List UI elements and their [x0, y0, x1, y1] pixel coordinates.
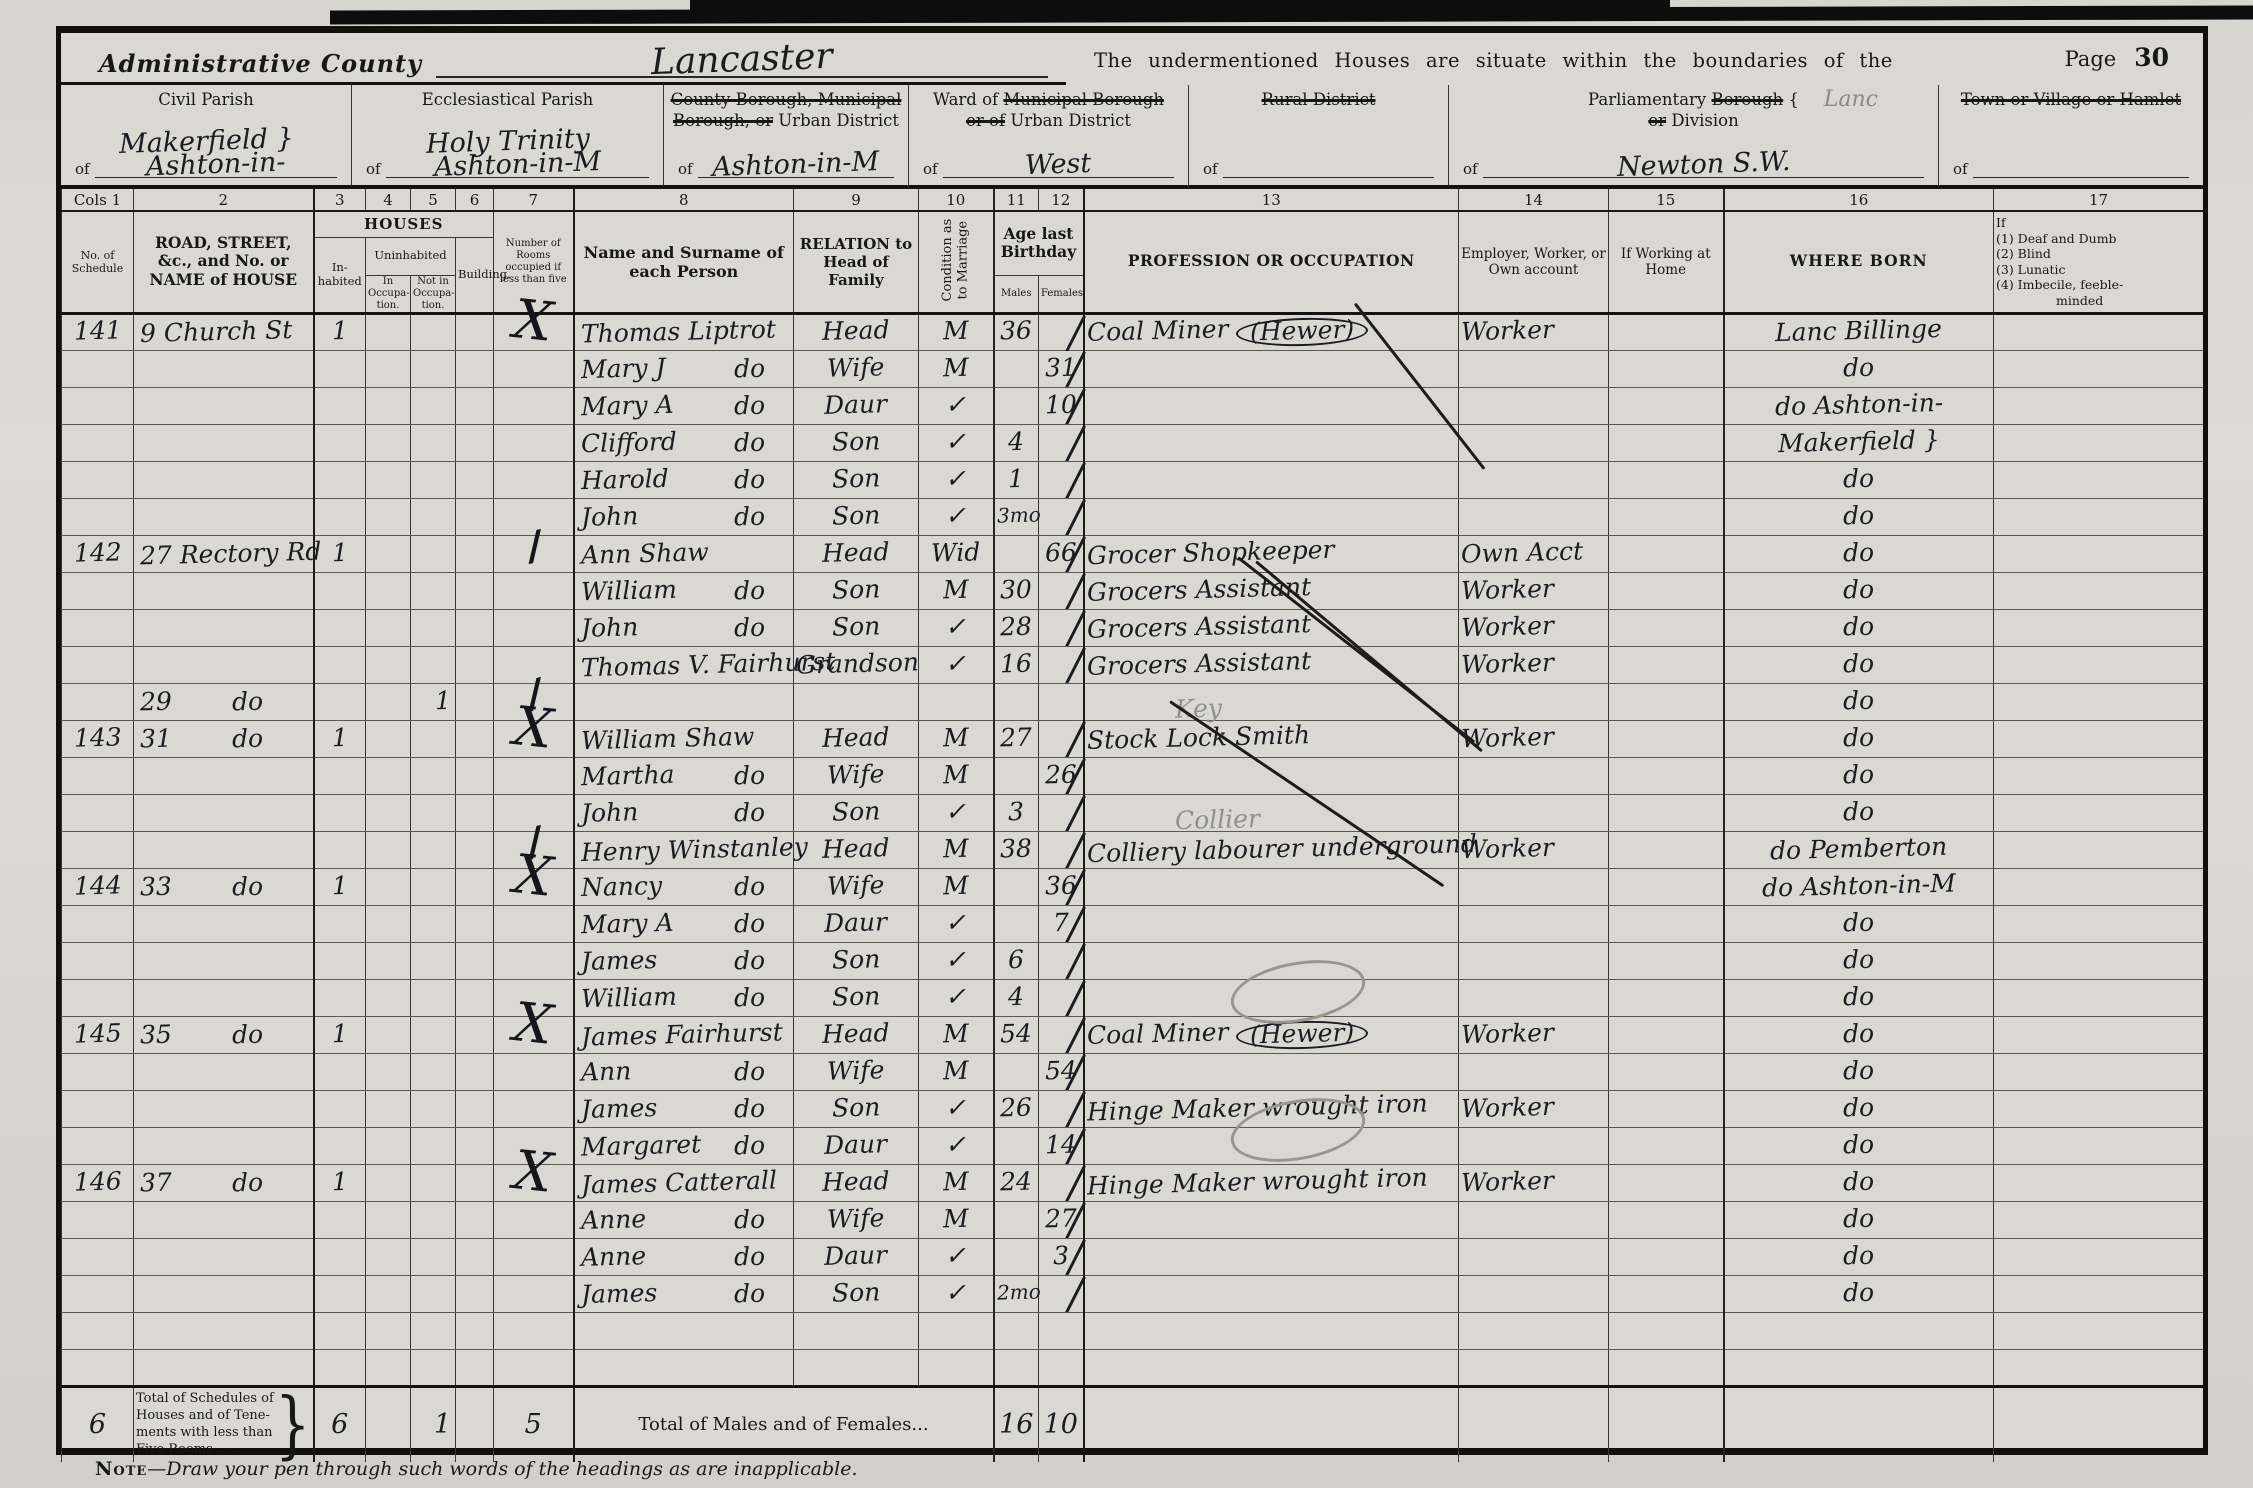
footer-note-text: —Draw your pen through such words of the…: [147, 1458, 857, 1480]
table-row: HarolddoSon✓1/do: [62, 461, 2204, 498]
rooms-cell: [494, 794, 574, 831]
infirmity-cell: [1994, 498, 2204, 535]
household-x-mark: X: [514, 873, 552, 877]
relation-cell: Wife: [794, 868, 919, 905]
occupation-cell: /: [1084, 1238, 1459, 1275]
building-cell: [456, 868, 494, 905]
table-row: JamesdoSon✓2mo/do: [62, 1275, 2204, 1312]
where-born-cell: [1724, 1349, 1994, 1386]
not-in-occupation-cell: [411, 609, 456, 646]
rooms-cell: X: [494, 1164, 574, 1201]
col-number: Cols 1: [62, 189, 134, 211]
person-name-cell: Thomas V. Fairhurst: [574, 646, 794, 683]
age-male-cell: 4: [994, 979, 1039, 1016]
road-cell: 37do: [134, 1164, 314, 1201]
age-male-cell: 2mo: [994, 1275, 1039, 1312]
where-born-cell: do Ashton-in-: [1724, 387, 1994, 424]
condition-cell: ✓: [919, 1275, 994, 1312]
inhabited-cell: [314, 942, 366, 979]
person-name-cell: Jamesdo: [574, 1090, 794, 1127]
col-number: 9: [794, 189, 919, 211]
not-in-occupation-cell: [411, 1053, 456, 1090]
rooms-cell: [494, 942, 574, 979]
working-at-home-cell: [1609, 1275, 1724, 1312]
building-cell: [456, 498, 494, 535]
district-value: Newton S.W.: [1616, 151, 1790, 180]
table-row: Mary AdoDaur✓10/do Ashton-in-: [62, 387, 2204, 424]
person-name-cell: Williamdo: [574, 979, 794, 1016]
rooms-cell: [494, 1201, 574, 1238]
road-cell: [134, 609, 314, 646]
person-name-cell: Marthado: [574, 757, 794, 794]
not-in-occupation-cell: [411, 1349, 456, 1386]
working-at-home-cell: [1609, 942, 1724, 979]
relation-cell: Grandson: [794, 646, 919, 683]
employer-cell: [1459, 1238, 1609, 1275]
where-born-cell: do: [1724, 1164, 1994, 1201]
person-name-cell: Johndo: [574, 609, 794, 646]
footer-note-head: Note: [95, 1458, 147, 1480]
relation-cell: Wife: [794, 350, 919, 387]
in-occupation-cell: [366, 1090, 411, 1127]
age-male-cell: [994, 868, 1039, 905]
building-cell: [456, 535, 494, 572]
condition-cell: M: [919, 1016, 994, 1053]
schedule-number-cell: 146: [62, 1164, 134, 1201]
totals-building-cell: [456, 1386, 494, 1462]
age-male-cell: 27: [994, 720, 1039, 757]
col-number: 13: [1084, 189, 1459, 211]
col-number: 6: [456, 189, 494, 211]
not-in-occupation-cell: [411, 1090, 456, 1127]
where-born-cell: do Ashton-in-M: [1724, 868, 1994, 905]
relation-cell: Daur: [794, 1238, 919, 1275]
schedule-number-cell: [62, 683, 134, 720]
district-value: Ashton-in-M: [712, 151, 880, 180]
road-cell: [134, 794, 314, 831]
working-at-home-header: If Working at Home: [1609, 211, 1724, 313]
rooms-cell: [494, 1053, 574, 1090]
schedule-number-cell: [62, 609, 134, 646]
infirmity-cell: [1994, 1312, 2204, 1349]
totals-working-cell: [1609, 1386, 1724, 1462]
age-male-cell: 24: [994, 1164, 1039, 1201]
in-occupation-cell: [366, 831, 411, 868]
road-cell: [134, 350, 314, 387]
rooms-cell: X: [494, 720, 574, 757]
working-at-home-cell: [1609, 979, 1724, 1016]
occupation-slash-mark: /: [1069, 1269, 1083, 1318]
occupation-cell: /: [1084, 794, 1459, 831]
schedule-number-cell: [62, 979, 134, 1016]
not-in-occupation-cell: [411, 461, 456, 498]
rooms-cell: [494, 1312, 574, 1349]
infirmity-cell: [1994, 313, 2204, 350]
rooms-cell: [494, 498, 574, 535]
road-cell: [134, 831, 314, 868]
occupation-cell: [1084, 1349, 1459, 1386]
relation-cell: Head: [794, 535, 919, 572]
table-row: JamesdoSon✓6/do: [62, 942, 2204, 979]
working-at-home-cell: [1609, 1164, 1724, 1201]
age-male-cell: [994, 905, 1039, 942]
road-cell: 9 Church St: [134, 313, 314, 350]
occupation-cell: /Coal Miner(Hewer): [1084, 313, 1459, 350]
working-at-home-cell: [1609, 498, 1724, 535]
inhabited-cell: 1: [314, 1016, 366, 1053]
where-born-cell: do: [1724, 461, 1994, 498]
condition-cell: [919, 1349, 994, 1386]
condition-cell: M: [919, 313, 994, 350]
household-separator-mark: //: [529, 545, 537, 547]
rooms-cell: [494, 609, 574, 646]
not-in-occupation-cell: [411, 720, 456, 757]
building-cell: [456, 1090, 494, 1127]
schedule-number-cell: [62, 1127, 134, 1164]
person-name-cell: Johndo: [574, 794, 794, 831]
col-number: 5: [411, 189, 456, 211]
building-cell: [456, 979, 494, 1016]
occupation-header: PROFESSION OR OCCUPATION: [1084, 211, 1459, 313]
working-at-home-cell: [1609, 757, 1724, 794]
condition-cell: M: [919, 1164, 994, 1201]
infirmity-cell: [1994, 350, 2204, 387]
condition-cell: M: [919, 831, 994, 868]
totals-not-in-occupation-cell: 1: [411, 1386, 456, 1462]
infirmity-cell: [1994, 646, 2204, 683]
person-name-cell: Johndo: [574, 498, 794, 535]
age-male-cell: [994, 1349, 1039, 1386]
inhabited-cell: [314, 498, 366, 535]
road-cell: [134, 461, 314, 498]
where-born-cell: do: [1724, 1127, 1994, 1164]
infirmity-cell: [1994, 572, 2204, 609]
in-occupation-cell: [366, 720, 411, 757]
relation-cell: Head: [794, 831, 919, 868]
district-heading: County Borough, MunicipalBorough, or Urb…: [664, 90, 908, 131]
age-male-cell: [994, 1312, 1039, 1349]
schedule-number-cell: [62, 461, 134, 498]
rooms-cell: [494, 387, 574, 424]
working-at-home-cell: [1609, 1349, 1724, 1386]
relation-cell: Son: [794, 942, 919, 979]
inhabited-cell: [314, 572, 366, 609]
in-occupation-cell: [366, 1201, 411, 1238]
where-born-cell: do: [1724, 757, 1994, 794]
person-name-cell: Ann Shaw: [574, 535, 794, 572]
in-occupation-cell: [366, 942, 411, 979]
age-male-cell: [994, 1053, 1039, 1090]
name-header: Name and Surname of each Person: [574, 211, 794, 313]
building-cell: [456, 942, 494, 979]
schedule-number-cell: 143: [62, 720, 134, 757]
person-name-cell: James Catterall: [574, 1164, 794, 1201]
condition-cell: M: [919, 720, 994, 757]
relation-cell: Daur: [794, 905, 919, 942]
schedule-number-cell: 144: [62, 868, 134, 905]
totals-males-females-label: Total of Males and of Females...: [574, 1386, 994, 1462]
table-row: JohndoSon✓28/Grocers AssistantWorkerdo: [62, 609, 2204, 646]
not-in-occupation-cell: [411, 313, 456, 350]
district-cell: Ecclesiastical ParishHoly TrinityofAshto…: [351, 85, 663, 185]
totals-row: 6Total of Schedules ofHouses and of Tene…: [62, 1386, 2204, 1462]
table-row: MarthadoWifeM26/do: [62, 757, 2204, 794]
occupation-cell: /: [1084, 757, 1459, 794]
road-cell: [134, 1090, 314, 1127]
infirmity-cell: [1994, 1016, 2204, 1053]
not-in-occupation-cell: [411, 535, 456, 572]
not-in-occupation-cell: [411, 1164, 456, 1201]
employer-cell: [1459, 757, 1609, 794]
occupation-cell: /Grocers Assistant: [1084, 646, 1459, 683]
age-male-cell: [994, 1201, 1039, 1238]
age-male-cell: [994, 1238, 1039, 1275]
relation-cell: Son: [794, 572, 919, 609]
inhabited-cell: [314, 387, 366, 424]
condition-cell: ✓: [919, 387, 994, 424]
totals-males-cell: 16: [994, 1386, 1039, 1462]
not-in-occupation-cell: [411, 757, 456, 794]
occupation-cell: /Grocers Assistant: [1084, 572, 1459, 609]
schedule-number-cell: [62, 424, 134, 461]
working-at-home-cell: [1609, 1053, 1724, 1090]
household-x-mark: X: [514, 725, 552, 729]
table-row: WilliamdoSon✓4/do: [62, 979, 2204, 1016]
working-at-home-cell: [1609, 572, 1724, 609]
district-heading: Ward of Municipal Boroughor of Urban Dis…: [909, 90, 1188, 131]
rooms-cell: [494, 350, 574, 387]
condition-cell: M: [919, 868, 994, 905]
rooms-cell: X: [494, 313, 574, 350]
person-name-cell: Mary Ado: [574, 387, 794, 424]
where-born-cell: do: [1724, 350, 1994, 387]
rooms-cell: [494, 424, 574, 461]
occupation-cell: /: [1084, 868, 1459, 905]
in-occupation-cell: [366, 905, 411, 942]
header-row: No. of Schedule ROAD, STREET, &c., and N…: [62, 211, 2204, 237]
rooms-cell: [494, 1275, 574, 1312]
where-born-cell: do: [1724, 905, 1994, 942]
schedule-number-cell: [62, 905, 134, 942]
inhabited-cell: [314, 831, 366, 868]
table-row: Mary JdoWifeM31/do: [62, 350, 2204, 387]
condition-cell: ✓: [919, 461, 994, 498]
where-born-cell: do: [1724, 572, 1994, 609]
building-cell: [456, 387, 494, 424]
col-number: 16: [1724, 189, 1994, 211]
relation-cell: Son: [794, 609, 919, 646]
not-in-occupation-cell: [411, 350, 456, 387]
relation-cell: Son: [794, 498, 919, 535]
employer-cell: [1459, 498, 1609, 535]
building-cell: [456, 1349, 494, 1386]
schedule-number-cell: [62, 498, 134, 535]
totals-schedule-cell: 6: [62, 1386, 134, 1462]
where-born-cell: do: [1724, 942, 1994, 979]
relation-cell: Son: [794, 1090, 919, 1127]
infirmity-cell: [1994, 1090, 2204, 1127]
relation-cell: [794, 1312, 919, 1349]
occupation-cell: /: [1084, 387, 1459, 424]
infirmity-cell: [1994, 794, 2204, 831]
table-row: WilliamdoSonM30/Grocers AssistantWorkerd…: [62, 572, 2204, 609]
infirmity-cell: [1994, 757, 2204, 794]
schedule-number-cell: [62, 1312, 134, 1349]
infirmity-cell: [1994, 1275, 2204, 1312]
table-row: AnnedoDaur✓3/do: [62, 1238, 2204, 1275]
person-name-cell: Jamesdo: [574, 942, 794, 979]
employer-cell: [1459, 1053, 1609, 1090]
totals-occupation-cell: [1084, 1386, 1459, 1462]
inhabited-cell: 1: [314, 868, 366, 905]
age-male-cell: 3: [994, 794, 1039, 831]
occupation-cell: /: [1084, 424, 1459, 461]
building-cell: [456, 905, 494, 942]
working-at-home-cell: [1609, 387, 1724, 424]
employer-cell: [1459, 1201, 1609, 1238]
rooms-cell: [494, 646, 574, 683]
occupation-cell: /Hinge Maker wrought iron: [1084, 1164, 1459, 1201]
person-name-cell: [574, 1349, 794, 1386]
not-in-occupation-cell: 1: [411, 683, 456, 720]
employer-cell: [1459, 979, 1609, 1016]
age-male-cell: 1: [994, 461, 1039, 498]
employer-cell: Worker: [1459, 572, 1609, 609]
road-cell: [134, 572, 314, 609]
working-at-home-cell: [1609, 1016, 1724, 1053]
condition-cell: Wid: [919, 535, 994, 572]
road-cell: [134, 387, 314, 424]
employer-cell: Own Acct: [1459, 535, 1609, 572]
person-name-cell: [574, 683, 794, 720]
table-row: Thomas V. FairhurstGrandson✓16/Grocers A…: [62, 646, 2204, 683]
age-male-cell: [994, 683, 1039, 720]
district-strip: Civil ParishMakerfield }ofAshton-in-Eccl…: [61, 85, 2203, 189]
road-cell: 29do: [134, 683, 314, 720]
occupation-cell: /Grocers Assistant: [1084, 609, 1459, 646]
col-number: 15: [1609, 189, 1724, 211]
age-male-cell: 54: [994, 1016, 1039, 1053]
schedule-number-cell: [62, 572, 134, 609]
not-in-occupation-cell: [411, 387, 456, 424]
district-cell: Ward of Municipal Boroughor of Urban Dis…: [908, 85, 1188, 185]
condition-cell: M: [919, 572, 994, 609]
where-born-cell: do: [1724, 1090, 1994, 1127]
working-at-home-cell: [1609, 683, 1724, 720]
where-born-cell: Lanc Billinge: [1724, 313, 1994, 350]
pencil-note: Lanc: [1824, 87, 1878, 112]
age-male-cell: [994, 350, 1039, 387]
building-cell: [456, 572, 494, 609]
relation-cell: Head: [794, 720, 919, 757]
age-male-cell: 30: [994, 572, 1039, 609]
employer-cell: Worker: [1459, 1164, 1609, 1201]
condition-cell: ✓: [919, 979, 994, 1016]
condition-cell: M: [919, 350, 994, 387]
table-row: 14227 Rectory Rd1//Ann ShawHeadWid66/Gro…: [62, 535, 2204, 572]
employer-cell: [1459, 350, 1609, 387]
person-name-cell: Mary Ado: [574, 905, 794, 942]
infirmity-cell: [1994, 609, 2204, 646]
houses-header: HOUSES: [314, 211, 494, 237]
relation-cell: Daur: [794, 1127, 919, 1164]
totals-infirmity-cell: [1994, 1386, 2204, 1462]
employer-cell: [1459, 905, 1609, 942]
district-heading: Rural District: [1189, 90, 1448, 111]
condition-cell: M: [919, 1201, 994, 1238]
age-male-cell: [994, 535, 1039, 572]
employer-cell: Worker: [1459, 609, 1609, 646]
inhabited-cell: [314, 1090, 366, 1127]
relation-cell: Wife: [794, 1053, 919, 1090]
relation-cell: Son: [794, 794, 919, 831]
in-occupation-cell: [366, 1275, 411, 1312]
rooms-cell: //: [494, 535, 574, 572]
pencil-note: Collier: [1174, 808, 1259, 830]
infirmity-cell: [1994, 868, 2204, 905]
age-header: Age last Birthday: [994, 211, 1084, 275]
not-in-occupation-cell: [411, 498, 456, 535]
table-row: JohndoSon✓3mo/do: [62, 498, 2204, 535]
district-cell: Rural Districtof: [1188, 85, 1448, 185]
relation-cell: [794, 683, 919, 720]
relation-cell: [794, 1349, 919, 1386]
col-number: 7: [494, 189, 574, 211]
col-number: 10: [919, 189, 994, 211]
road-cell: 31do: [134, 720, 314, 757]
building-cell: [456, 1127, 494, 1164]
where-born-cell: do: [1724, 1053, 1994, 1090]
col-number: 11: [994, 189, 1039, 211]
condition-cell: ✓: [919, 1238, 994, 1275]
situate-text: The undermentioned Houses are situate wi…: [1094, 49, 1893, 72]
working-at-home-cell: [1609, 350, 1724, 387]
occupation-cell: /: [1084, 461, 1459, 498]
age-male-cell: [994, 1127, 1039, 1164]
working-at-home-cell: [1609, 424, 1724, 461]
inhabited-cell: [314, 905, 366, 942]
totals-inhabited-cell: 6: [314, 1386, 366, 1462]
building-cell: [456, 609, 494, 646]
building-cell: [456, 794, 494, 831]
working-at-home-cell: [1609, 1238, 1724, 1275]
district-value: Ashton-in-M: [433, 151, 601, 180]
occupation-cell: /: [1084, 1201, 1459, 1238]
condition-cell: ✓: [919, 794, 994, 831]
table-row: AnnedoWifeM27/do: [62, 1201, 2204, 1238]
in-occupation-cell: [366, 609, 411, 646]
rooms-cell: X: [494, 868, 574, 905]
inhabited-cell: [314, 979, 366, 1016]
working-at-home-cell: [1609, 1312, 1724, 1349]
page-label: Page: [2065, 47, 2117, 71]
admin-county-box: Administrative County Lancaster: [61, 33, 1066, 85]
occupation-cell: /Stock Lock SmithKey: [1084, 720, 1459, 757]
district-cell: Town or Village or Hamletof: [1938, 85, 2203, 185]
schedule-number-cell: [62, 387, 134, 424]
age-male-cell: [994, 757, 1039, 794]
age-male-cell: [994, 387, 1039, 424]
person-name-cell: James Fairhurst: [574, 1016, 794, 1053]
road-cell: [134, 1312, 314, 1349]
employer-cell: [1459, 1349, 1609, 1386]
building-cell: [456, 1238, 494, 1275]
age-female-cell: [1039, 1312, 1084, 1349]
where-born-cell: do: [1724, 720, 1994, 757]
building-header: Building.: [456, 237, 494, 313]
road-cell: [134, 979, 314, 1016]
person-name-cell: Annedo: [574, 1238, 794, 1275]
